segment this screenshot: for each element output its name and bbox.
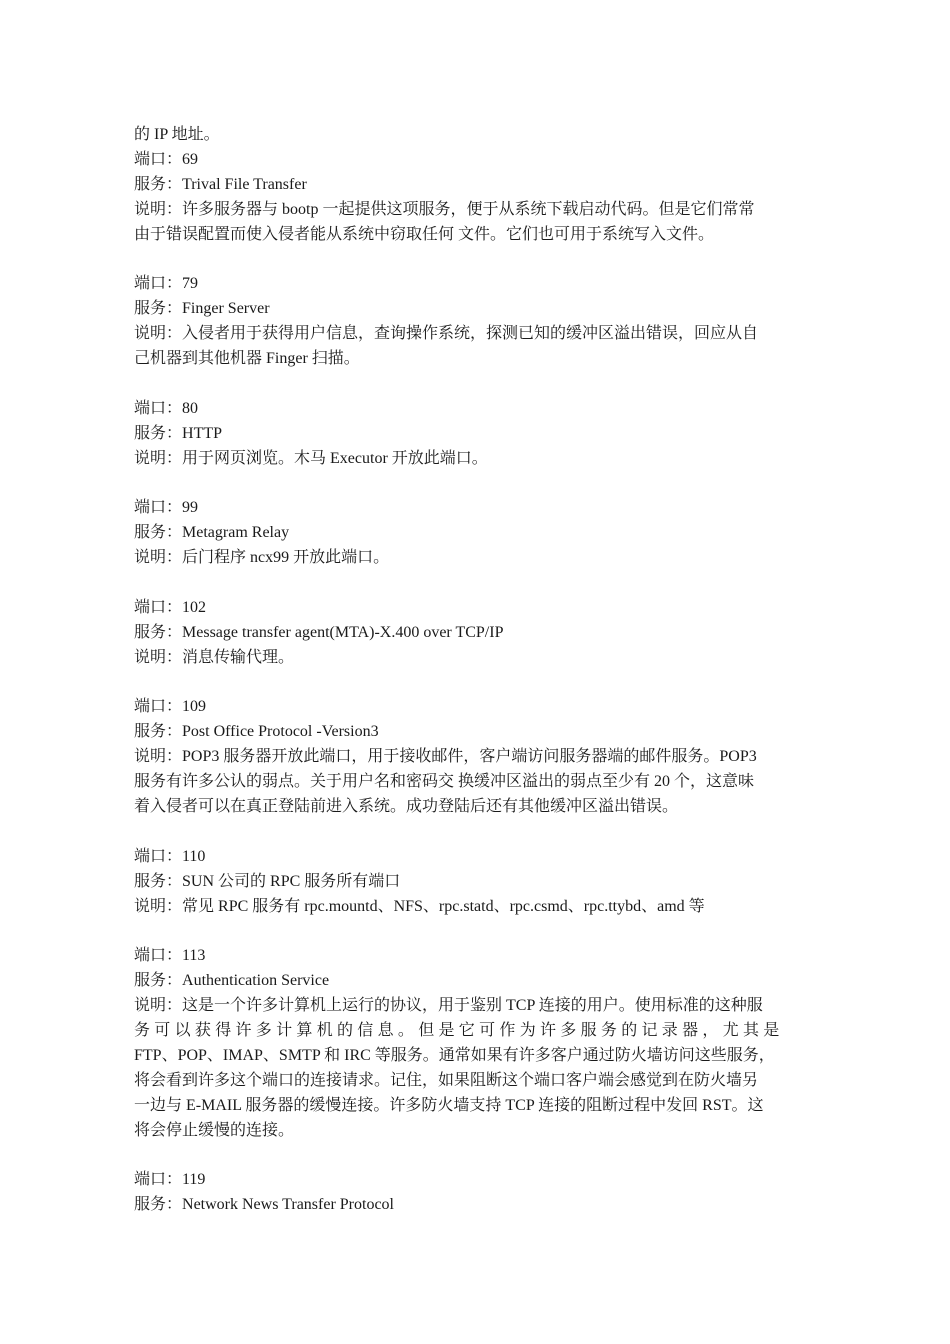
service-label: 服务： bbox=[134, 723, 182, 740]
port-entry: 端口：99 服务：Metagram Relay 说明：后门程序 ncx99 开放… bbox=[134, 496, 814, 571]
port-value: 119 bbox=[182, 1171, 205, 1188]
port-value: 109 bbox=[182, 698, 206, 715]
port-label: 端口： bbox=[134, 151, 182, 168]
service-value: HTTP bbox=[182, 425, 222, 442]
port-label: 端口： bbox=[134, 499, 182, 516]
service-label: 服务： bbox=[134, 176, 182, 193]
desc-line: 说明：后门程序 ncx99 开放此端口。 bbox=[134, 546, 814, 571]
desc-line: FTP、POP、IMAP、SMTP 和 IRC 等服务。通常如果有许多客户通过防… bbox=[134, 1044, 814, 1069]
port-line: 端口：99 bbox=[134, 496, 814, 521]
port-value: 79 bbox=[182, 275, 198, 292]
desc-text: 入侵者用于获得用户信息，查询操作系统，探测已知的缓冲区溢出错误，回应从自 bbox=[182, 325, 758, 342]
service-line: 服务：Finger Server bbox=[134, 297, 814, 322]
spacer bbox=[134, 571, 814, 596]
port-line: 端口：110 bbox=[134, 845, 814, 870]
desc-line: 务可以获得许多计算机的信息。但是它可作为许多服务的记录器，尤其是 bbox=[134, 1019, 814, 1044]
port-entry: 端口：109 服务：Post Office Protocol -Version3… bbox=[134, 695, 814, 819]
service-label: 服务： bbox=[134, 425, 182, 442]
desc-line: 说明：常见 RPC 服务有 rpc.mountd、NFS、rpc.statd、r… bbox=[134, 895, 814, 920]
service-label: 服务： bbox=[134, 873, 182, 890]
desc-label: 说明： bbox=[134, 325, 182, 342]
service-label: 服务： bbox=[134, 300, 182, 317]
desc-label: 说明： bbox=[134, 549, 182, 566]
desc-line: 着入侵者可以在真正登陆前进入系统。成功登陆后还有其他缓冲区溢出错误。 bbox=[134, 795, 814, 820]
spacer bbox=[134, 920, 814, 945]
port-value: 102 bbox=[182, 599, 206, 616]
desc-text: 这是一个许多计算机上运行的协议，用于鉴别 TCP 连接的用户。使用标准的这种服 bbox=[182, 997, 763, 1014]
service-value: SUN 公司的 RPC 服务所有端口 bbox=[182, 873, 400, 890]
port-line: 端口：102 bbox=[134, 596, 814, 621]
port-label: 端口： bbox=[134, 698, 182, 715]
intro-line: 的 IP 地址。 bbox=[134, 123, 814, 148]
port-label: 端口： bbox=[134, 947, 182, 964]
desc-line: 说明：入侵者用于获得用户信息，查询操作系统，探测已知的缓冲区溢出错误，回应从自 bbox=[134, 322, 814, 347]
port-entry: 端口：110 服务：SUN 公司的 RPC 服务所有端口 说明：常见 RPC 服… bbox=[134, 845, 814, 920]
port-value: 113 bbox=[182, 947, 205, 964]
port-label: 端口： bbox=[134, 848, 182, 865]
port-line: 端口：79 bbox=[134, 272, 814, 297]
port-line: 端口：119 bbox=[134, 1168, 814, 1193]
service-label: 服务： bbox=[134, 972, 182, 989]
service-line: 服务：SUN 公司的 RPC 服务所有端口 bbox=[134, 870, 814, 895]
document-page: 的 IP 地址。 端口：69 服务：Trival File Transfer 说… bbox=[134, 123, 814, 1218]
desc-text: POP3 服务器开放此端口，用于接收邮件，客户端访问服务器端的邮件服务。POP3 bbox=[182, 748, 757, 765]
desc-line: 说明：用于网页浏览。木马 Executor 开放此端口。 bbox=[134, 447, 814, 472]
service-line: 服务：HTTP bbox=[134, 422, 814, 447]
service-line: 服务：Post Office Protocol -Version3 bbox=[134, 720, 814, 745]
desc-label: 说明： bbox=[134, 748, 182, 765]
spacer bbox=[134, 471, 814, 496]
desc-line: 说明：这是一个许多计算机上运行的协议，用于鉴别 TCP 连接的用户。使用标准的这… bbox=[134, 994, 814, 1019]
desc-text: 许多服务器与 bootp 一起提供这项服务，便于从系统下载启动代码。但是它们常常 bbox=[182, 201, 754, 218]
spacer bbox=[134, 820, 814, 845]
port-label: 端口： bbox=[134, 599, 182, 616]
service-line: 服务：Network News Transfer Protocol bbox=[134, 1193, 814, 1218]
spacer bbox=[134, 671, 814, 696]
port-label: 端口： bbox=[134, 400, 182, 417]
port-entry: 端口：80 服务：HTTP 说明：用于网页浏览。木马 Executor 开放此端… bbox=[134, 397, 814, 472]
service-value: Finger Server bbox=[182, 300, 270, 317]
service-label: 服务： bbox=[134, 524, 182, 541]
service-line: 服务：Metagram Relay bbox=[134, 521, 814, 546]
port-value: 110 bbox=[182, 848, 205, 865]
port-label: 端口： bbox=[134, 1171, 182, 1188]
port-entry: 端口：102 服务：Message transfer agent(MTA)-X.… bbox=[134, 596, 814, 671]
desc-line: 服务有许多公认的弱点。关于用户名和密码交 换缓冲区溢出的弱点至少有 20 个，这… bbox=[134, 770, 814, 795]
desc-text: 常见 RPC 服务有 rpc.mountd、NFS、rpc.statd、rpc.… bbox=[182, 898, 705, 915]
desc-line: 由于错误配置而使入侵者能从系统中窃取任何 文件。它们也可用于系统写入文件。 bbox=[134, 223, 814, 248]
port-entry: 端口：113 服务：Authentication Service 说明：这是一个… bbox=[134, 944, 814, 1143]
service-line: 服务：Message transfer agent(MTA)-X.400 ove… bbox=[134, 621, 814, 646]
desc-text: 用于网页浏览。木马 Executor 开放此端口。 bbox=[182, 450, 488, 467]
port-value: 99 bbox=[182, 499, 198, 516]
service-value: Metagram Relay bbox=[182, 524, 289, 541]
spacer bbox=[134, 1144, 814, 1169]
service-line: 服务：Trival File Transfer bbox=[134, 173, 814, 198]
service-label: 服务： bbox=[134, 624, 182, 641]
port-entry: 端口：119 服务：Network News Transfer Protocol bbox=[134, 1168, 814, 1218]
desc-line: 己机器到其他机器 Finger 扫描。 bbox=[134, 347, 814, 372]
port-line: 端口：113 bbox=[134, 944, 814, 969]
desc-line: 说明：POP3 服务器开放此端口，用于接收邮件，客户端访问服务器端的邮件服务。P… bbox=[134, 745, 814, 770]
port-entry: 端口：69 服务：Trival File Transfer 说明：许多服务器与 … bbox=[134, 148, 814, 248]
desc-text: 后门程序 ncx99 开放此端口。 bbox=[182, 549, 389, 566]
service-value: Authentication Service bbox=[182, 972, 329, 989]
desc-line: 将会看到许多这个端口的连接请求。记住，如果阻断这个端口客户端会感觉到在防火墙另 bbox=[134, 1069, 814, 1094]
service-value: Network News Transfer Protocol bbox=[182, 1196, 394, 1213]
spacer bbox=[134, 372, 814, 397]
port-label: 端口： bbox=[134, 275, 182, 292]
desc-label: 说明： bbox=[134, 997, 182, 1014]
port-line: 端口：80 bbox=[134, 397, 814, 422]
spacer bbox=[134, 247, 814, 272]
port-value: 80 bbox=[182, 400, 198, 417]
port-entry: 端口：79 服务：Finger Server 说明：入侵者用于获得用户信息，查询… bbox=[134, 272, 814, 372]
desc-line: 说明：许多服务器与 bootp 一起提供这项服务，便于从系统下载启动代码。但是它… bbox=[134, 198, 814, 223]
service-value: Message transfer agent(MTA)-X.400 over T… bbox=[182, 624, 503, 641]
service-line: 服务：Authentication Service bbox=[134, 969, 814, 994]
desc-line: 一边与 E-MAIL 服务器的缓慢连接。许多防火墙支持 TCP 连接的阻断过程中… bbox=[134, 1094, 814, 1119]
port-line: 端口：69 bbox=[134, 148, 814, 173]
service-value: Trival File Transfer bbox=[182, 176, 307, 193]
desc-label: 说明： bbox=[134, 649, 182, 666]
desc-label: 说明： bbox=[134, 201, 182, 218]
service-label: 服务： bbox=[134, 1196, 182, 1213]
desc-line: 将会停止缓慢的连接。 bbox=[134, 1119, 814, 1144]
service-value: Post Office Protocol -Version3 bbox=[182, 723, 379, 740]
port-value: 69 bbox=[182, 151, 198, 168]
desc-text: 消息传输代理。 bbox=[182, 649, 294, 666]
desc-label: 说明： bbox=[134, 450, 182, 467]
desc-line: 说明：消息传输代理。 bbox=[134, 646, 814, 671]
desc-label: 说明： bbox=[134, 898, 182, 915]
port-line: 端口：109 bbox=[134, 695, 814, 720]
